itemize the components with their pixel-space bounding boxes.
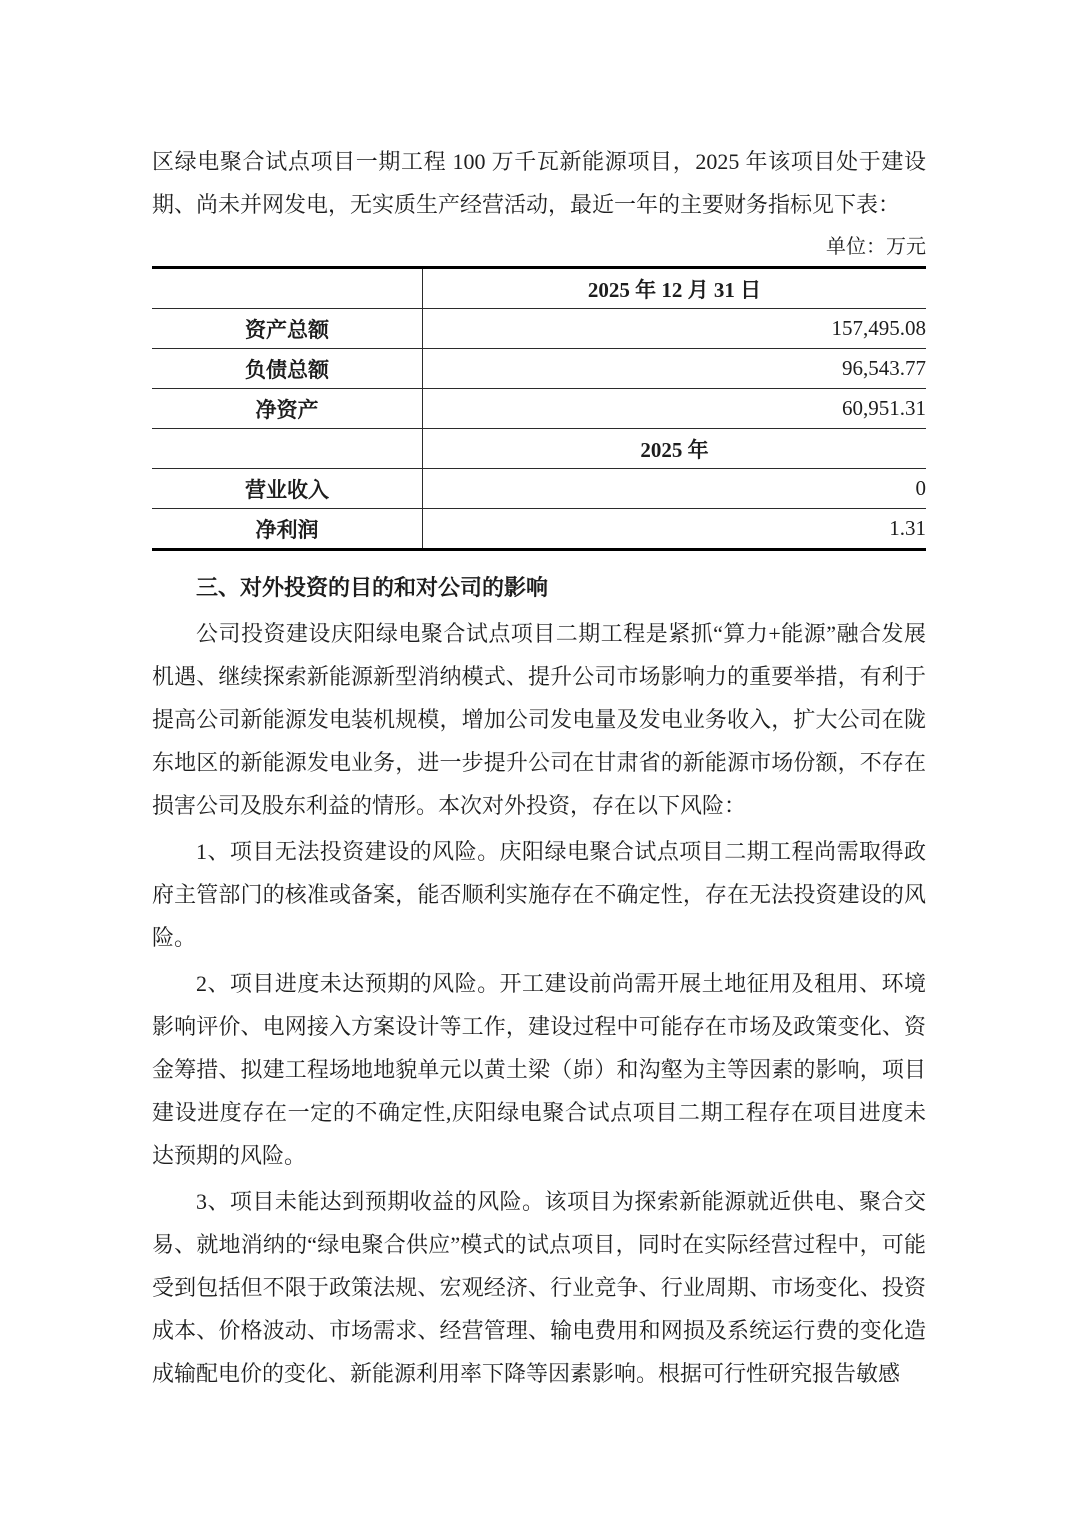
empty-cell: [152, 268, 423, 309]
period-header-income: 2025 年: [423, 429, 927, 469]
table-row: 营业收入 0: [152, 469, 926, 509]
table-row: 净资产 60,951.31: [152, 389, 926, 429]
row-value-total-liabilities: 96,543.77: [423, 349, 927, 389]
table-row: 净利润 1.31: [152, 509, 926, 550]
unit-label: 单位：万元: [152, 230, 926, 264]
row-value-total-assets: 157,495.08: [423, 309, 927, 349]
paragraph-risk-2: 2、项目进度未达预期的风险。开工建设前尚需开展土地征用及租用、环境影响评价、电网…: [152, 962, 926, 1177]
table-row-income-header: 2025 年: [152, 429, 926, 469]
table-row-balance-header: 2025 年 12 月 31 日: [152, 268, 926, 309]
row-label-total-assets: 资产总额: [152, 309, 423, 349]
row-label-operating-revenue: 营业收入: [152, 469, 423, 509]
row-value-net-profit: 1.31: [423, 509, 927, 550]
row-value-operating-revenue: 0: [423, 469, 927, 509]
empty-cell: [152, 429, 423, 469]
row-value-net-assets: 60,951.31: [423, 389, 927, 429]
document-page: 区绿电聚合试点项目一期工程 100 万千瓦新能源项目，2025 年该项目处于建设…: [0, 0, 1080, 1527]
row-label-net-profit: 净利润: [152, 509, 423, 550]
period-header-balance: 2025 年 12 月 31 日: [423, 268, 927, 309]
table-row: 负债总额 96,543.77: [152, 349, 926, 389]
paragraph-risk-3: 3、项目未能达到预期收益的风险。该项目为探索新能源就近供电、聚合交易、就地消纳的…: [152, 1180, 926, 1395]
page-content: 区绿电聚合试点项目一期工程 100 万千瓦新能源项目，2025 年该项目处于建设…: [152, 140, 926, 1395]
financial-indicators-table: 2025 年 12 月 31 日 资产总额 157,495.08 负债总额 96…: [152, 266, 926, 551]
row-label-total-liabilities: 负债总额: [152, 349, 423, 389]
section-heading: 三、对外投资的目的和对公司的影响: [152, 566, 926, 609]
paragraph-risk-1: 1、项目无法投资建设的风险。庆阳绿电聚合试点项目二期工程尚需取得政府主管部门的核…: [152, 830, 926, 959]
intro-paragraph: 区绿电聚合试点项目一期工程 100 万千瓦新能源项目，2025 年该项目处于建设…: [152, 140, 926, 226]
paragraph-investment-purpose: 公司投资建设庆阳绿电聚合试点项目二期工程是紧抓“算力+能源”融合发展机遇、继续探…: [152, 612, 926, 827]
table-row: 资产总额 157,495.08: [152, 309, 926, 349]
row-label-net-assets: 净资产: [152, 389, 423, 429]
